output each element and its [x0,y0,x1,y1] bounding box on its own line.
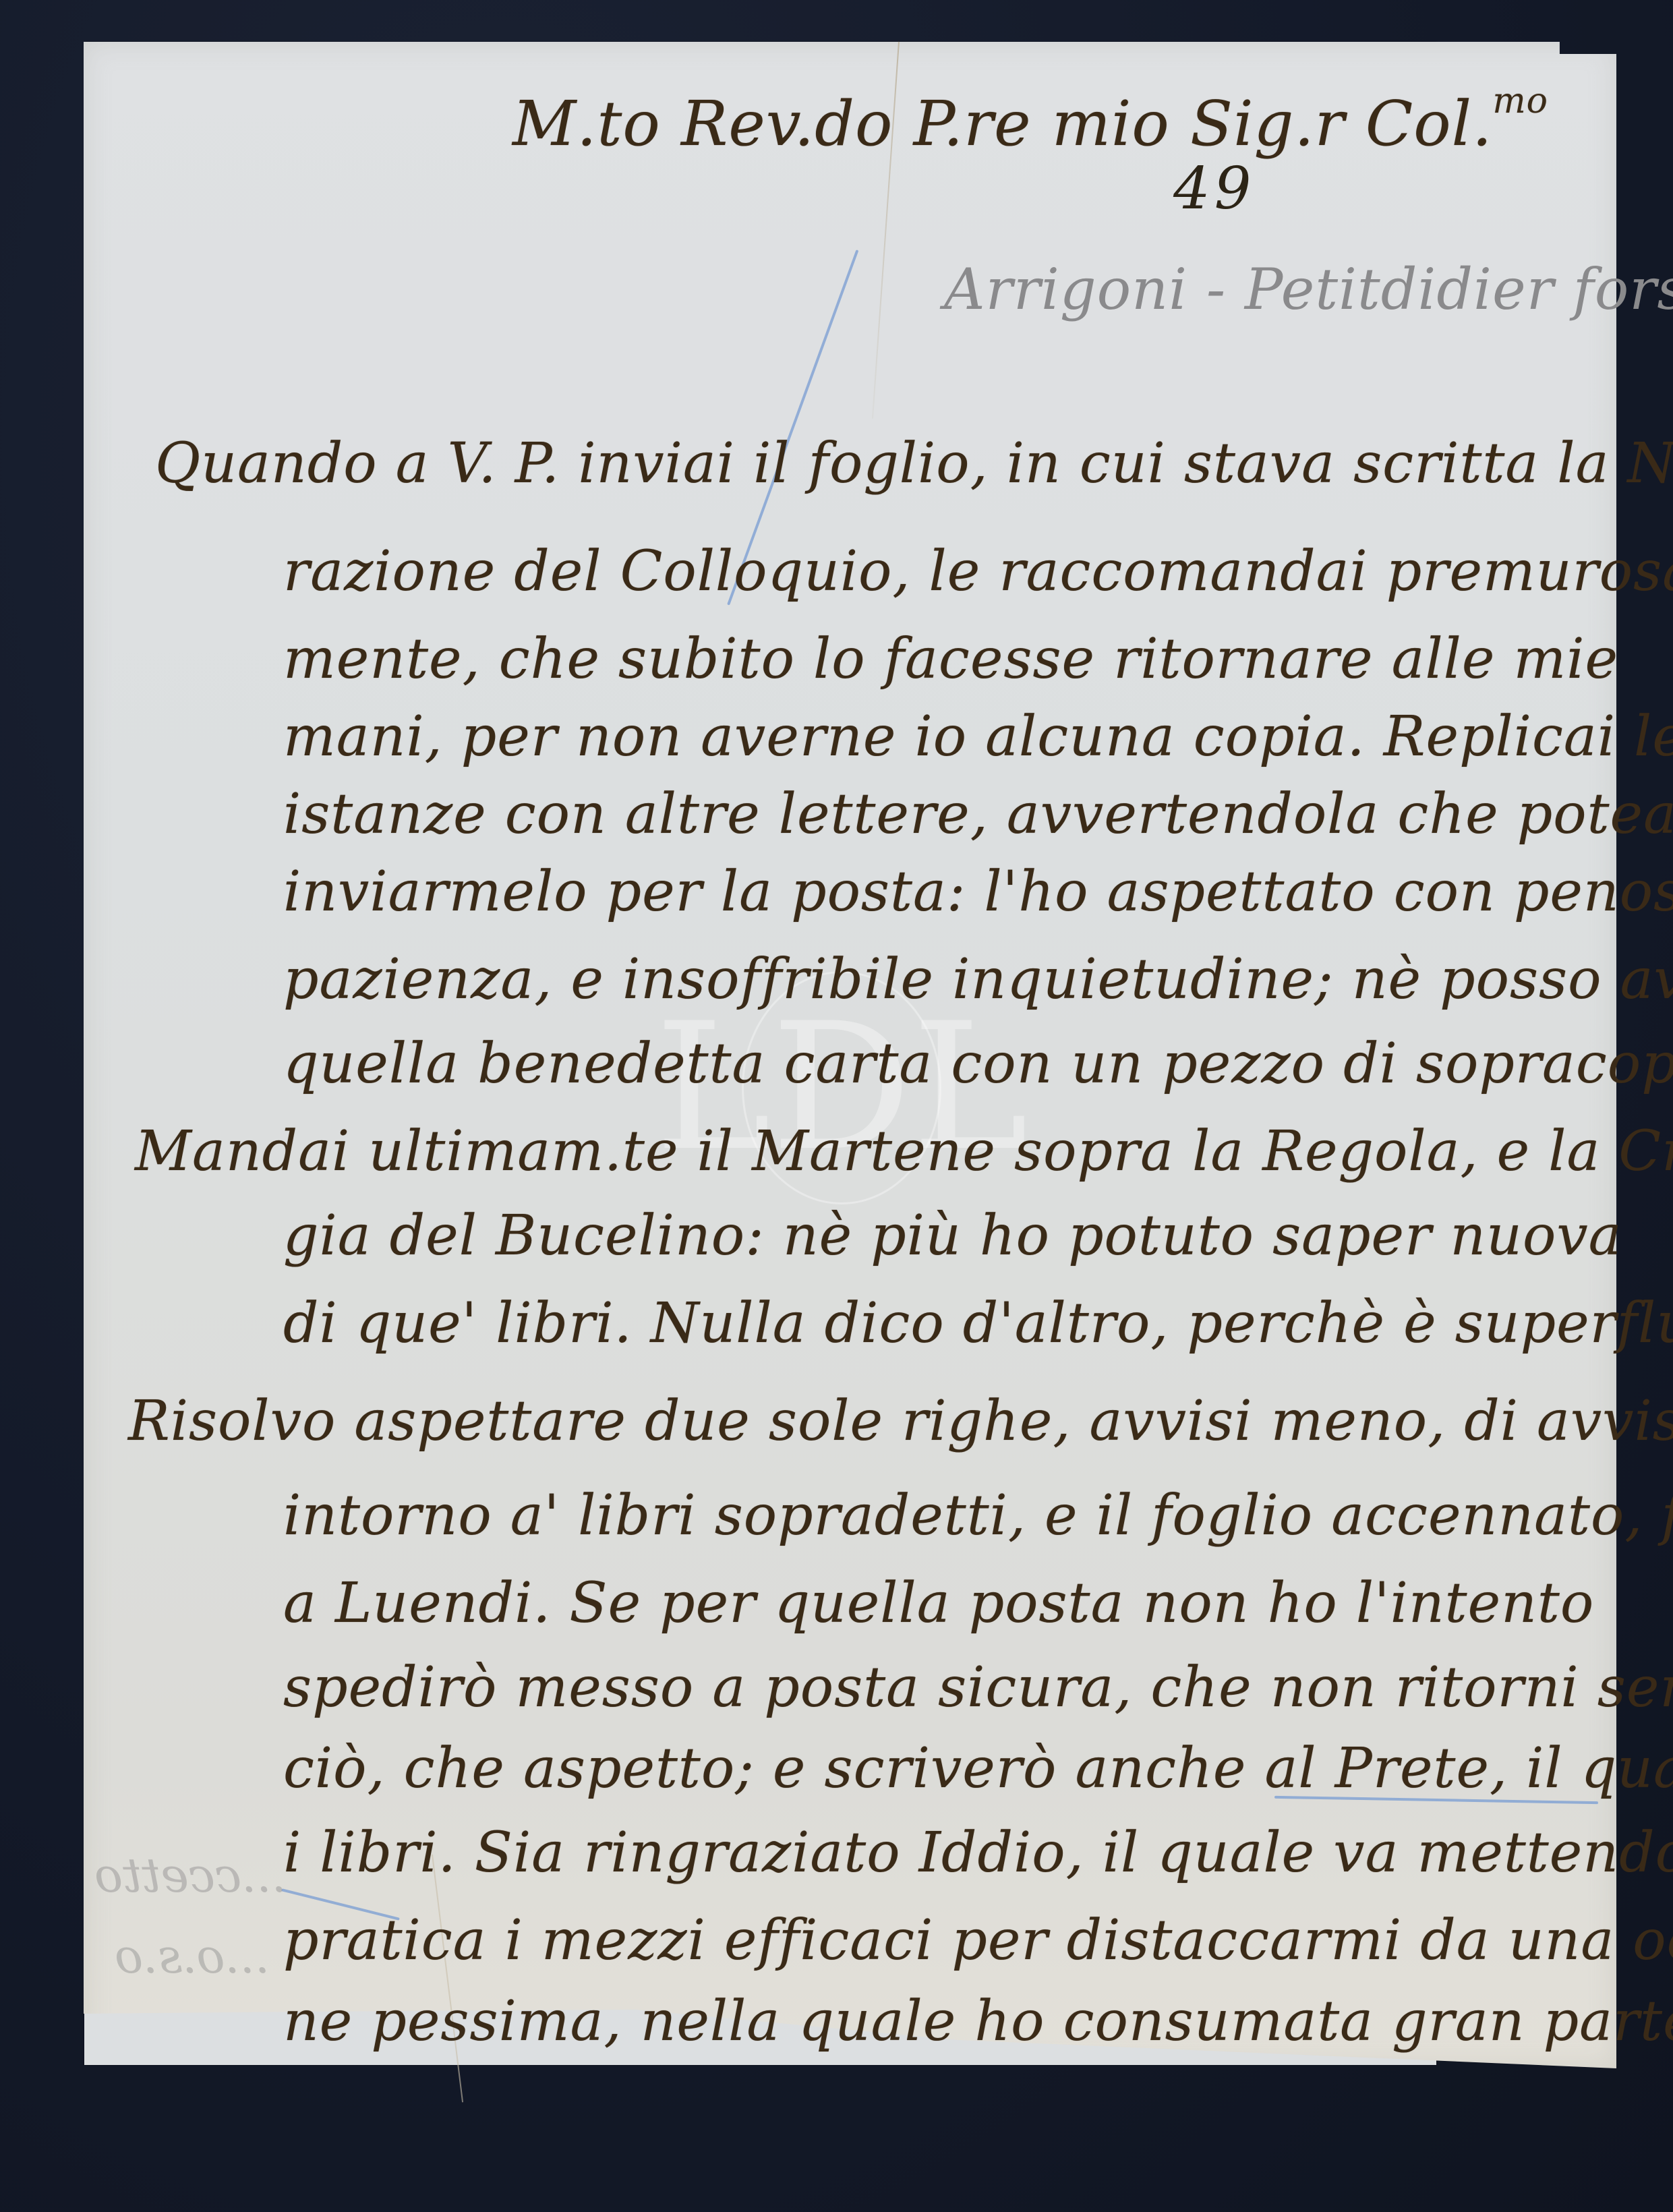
letter-salutation: M.to Rev.do P.re mio Sig.r Col.mo [512,81,1548,160]
body-line: Quando a V. P. inviai il foglio, in cui … [155,432,1673,496]
body-line: mani, per non averne io alcuna copia. Re… [283,705,1673,769]
body-line: Mandai ultimam.te il Martene sopra la Re… [135,1119,1673,1184]
body-line: inviarmelo per la posta: l'ho aspettato … [283,860,1673,924]
body-line: di que' libri. Nulla dico d'altro, perch… [283,1291,1673,1356]
body-line: istanze con altre lettere, avvertendola … [283,782,1673,846]
reverse-show-through-1: ...ccetto [94,1848,287,1903]
salutation-text: M.to Rev.do P.re mio Sig.r Col. [512,88,1492,160]
reverse-show-through-2: ...o.s.o [115,1929,270,1984]
body-line: spedirò messo a posta sicura, che non ri… [283,1656,1673,1720]
folio-number: 49 [1173,155,1255,223]
body-line: pazienza, e insoffribile inquietudine; n… [283,948,1673,1012]
body-line: ne pessima, nella quale ho consumata gra… [283,1989,1673,2054]
body-line: gia del Bucelino: nè più ho potuto saper… [283,1204,1622,1268]
archival-pencil-annotation: Arrigoni - Petitdidier forse [944,256,1673,322]
body-line: i libri. Sia ringraziato Iddio, il quale… [283,1821,1673,1885]
body-line: mente, che subito lo facesse ritornare a… [283,627,1618,691]
body-line: pratica i mezzi efficaci per distaccarmi… [283,1909,1673,1973]
body-line: Risolvo aspettare due sole righe, avvisi… [128,1389,1673,1453]
body-line: a Luendi. Se per quella posta non ho l'i… [283,1571,1594,1635]
body-line: razione del Colloquio, le raccomandai pr… [283,540,1673,604]
body-line: intorno a' libri sopradetti, e il foglio… [283,1484,1673,1548]
salutation-superscript: mo [1492,81,1548,121]
body-line: ciò, che aspetto; e scriverò anche al Pr… [283,1737,1673,1801]
body-line: quella benedetta carta con un pezzo di s… [283,1032,1673,1096]
